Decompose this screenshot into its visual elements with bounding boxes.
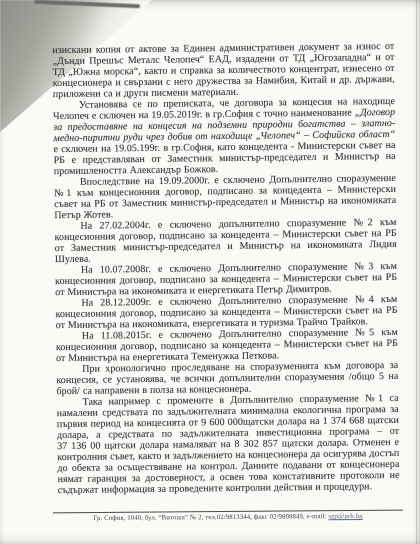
paragraph-text: На 28.12.2009г. е сключено Допълнително …	[55, 294, 397, 331]
paragraph-annex-2: На 27.02.2004г. е сключено допълнително …	[54, 217, 397, 265]
paragraph-text: На 27.02.2004г. е сключено допълнително …	[55, 217, 397, 265]
paragraph-evidence-materials: изискани копия от актове за Единен админ…	[52, 41, 395, 100]
paragraph-text: На 10.07.2008г. е сключено Допълнително …	[55, 261, 397, 298]
footer-address-text: Гр. София, 1040, бул. “Витоша” № 2, тел.…	[93, 513, 328, 522]
paragraph-annex-4: На 28.12.2009г. е сключено Допълнително …	[55, 294, 397, 331]
paragraph-annex-5: На 11.08.2015г. е сключено Допълнително …	[56, 327, 398, 364]
paragraph-text: Така например с промените в Допълнително…	[57, 393, 400, 496]
paragraph-text: На 11.08.2015г. е сключено Допълнително …	[56, 327, 398, 364]
paragraph-annex-3: На 10.07.2008г. е сключено Допълнително …	[55, 261, 397, 298]
scanner-edge-line	[416, 0, 418, 544]
page-footer: Гр. София, 1040, бул. “Витоша” № 2, тел.…	[53, 510, 403, 524]
paragraph-text: При хронологично проследяване на споразу…	[56, 360, 398, 397]
paragraph-text: е сключен на 19.05.199г. в гр.София, кат…	[53, 140, 395, 177]
paragraph-text: изискани копия от актове за Единен админ…	[52, 41, 395, 100]
footer-address-line: Гр. София, 1040, бул. “Витоша” № 2, тел.…	[53, 513, 403, 524]
paragraph-annex-1: Впоследствие на 19.09.2000г. е сключено …	[54, 173, 397, 221]
paragraph-concession-contract: Установява се по преписката, че договора…	[53, 96, 396, 177]
paragraph-text: Впоследствие на 19.09.2000г. е сключено …	[54, 173, 396, 221]
paragraph-annex1-changes: Така например с промените в Допълнително…	[57, 393, 400, 496]
scanned-document-page: изискани копия от актове за Единен админ…	[0, 0, 420, 544]
footer-email-link[interactable]: sgp@prb.bg	[328, 513, 362, 520]
document-body: изискани копия от актове за Единен админ…	[52, 41, 399, 496]
paragraph-chronology-conclusion: При хронологично проследяване на споразу…	[56, 360, 398, 397]
